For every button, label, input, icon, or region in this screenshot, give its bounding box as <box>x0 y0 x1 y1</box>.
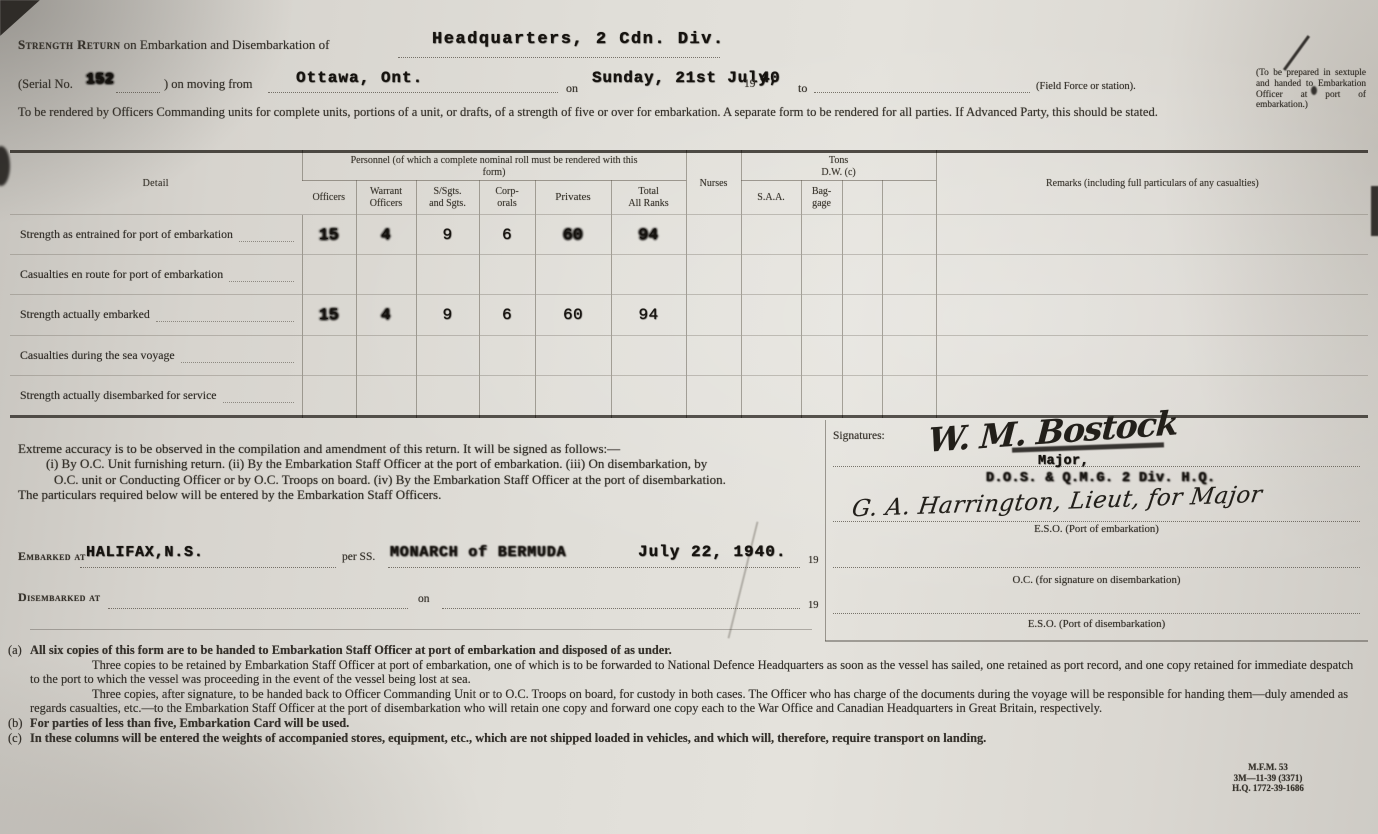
form-number-line-1: M.F.M. 53 <box>1208 762 1328 773</box>
signatures-bottom-rule <box>825 640 1368 642</box>
table-row-strength-embarked: Strength actually embarked 15 4 9 6 60 9… <box>10 295 1368 335</box>
signature-rank-typed: Major, <box>1038 454 1089 469</box>
dotted-leader <box>156 313 294 322</box>
cell-tons-blank-2 <box>882 375 936 416</box>
embarked-at-value: HALIFAX,N.S. <box>86 544 204 561</box>
eso-embarkation-label: E.S.O. (Port of embarkation) <box>833 523 1360 535</box>
cell-saa <box>741 215 801 255</box>
row-label: Strength actually embarked <box>10 307 302 322</box>
col-header-tons-blank-1 <box>842 181 882 215</box>
cell-saa <box>741 335 801 375</box>
note-c-text: In these columns will be entered the wei… <box>30 731 986 746</box>
form-title-smallcaps: Strength Return <box>18 37 120 52</box>
cell-officers: 15 <box>302 215 356 255</box>
cell-tons-blank-1 <box>842 215 882 255</box>
scratch-top-right <box>1283 35 1310 71</box>
cell-total <box>611 375 686 416</box>
col-header-tons-blank-2 <box>882 181 936 215</box>
disembarked-fill-line-1 <box>108 607 408 609</box>
form-number-line-2: 3M—11-39 (3371) <box>1208 773 1328 784</box>
accuracy-line-3: O.C. unit or Conducting Officer or by O.… <box>18 472 823 487</box>
cell-tons-blank-2 <box>882 295 936 335</box>
row-label: Casualties during the sea voyage <box>10 348 302 363</box>
cell-tons-blank-1 <box>842 295 882 335</box>
signature-eso-handwritten: G. A. Harrington, Lieut, for Major <box>850 482 1264 522</box>
row-label: Strength as entrained for port of embark… <box>10 227 302 242</box>
col-header-corporals: Corp- orals <box>479 181 535 215</box>
cell-total <box>611 335 686 375</box>
accuracy-line-2: (i) By O.C. Unit furnishing return. (ii)… <box>18 456 823 471</box>
cell-privates: 60 <box>535 215 611 255</box>
eso-disembarkation-label: E.S.O. (Port of disembarkation) <box>833 618 1360 630</box>
cell-tons-blank-2 <box>882 335 936 375</box>
cell-total: 94 <box>611 215 686 255</box>
cell-privates <box>535 335 611 375</box>
col-header-privates: Privates <box>535 181 611 215</box>
cell-nurses <box>686 295 741 335</box>
dotted-leader <box>181 354 294 363</box>
dotted-leader <box>229 273 293 282</box>
cell-tons-blank-1 <box>842 255 882 295</box>
ink-blot-right-edge <box>1371 186 1378 236</box>
note-b-tag: (b) <box>8 716 30 731</box>
to-label: to <box>798 81 807 96</box>
cell-sgts <box>416 375 479 416</box>
ink-blot-left-edge <box>0 146 10 186</box>
dotted-leader <box>239 233 294 242</box>
cell-total <box>611 255 686 295</box>
cell-nurses <box>686 335 741 375</box>
cell-saa <box>741 255 801 295</box>
disembarked-fill-line-2 <box>442 607 800 609</box>
accuracy-line-1: Extreme accuracy is to be observed in th… <box>18 441 823 456</box>
table-row-casualties-en-route: Casualties en route for port of embarkat… <box>10 255 1368 295</box>
note-a1-text: All six copies of this form are to be ha… <box>30 643 672 658</box>
form-number-line-3: H.Q. 1772-39-1686 <box>1208 783 1328 794</box>
cell-sgts: 9 <box>416 215 479 255</box>
cell-remarks <box>936 255 1368 295</box>
cell-baggage <box>801 255 842 295</box>
cell-corporals <box>479 375 535 416</box>
unit-fill-line <box>398 56 720 58</box>
cell-warrant-officers <box>356 255 416 295</box>
embark-year-printed: 19 <box>808 555 819 566</box>
signatures-left-border <box>825 420 826 641</box>
cell-corporals <box>479 335 535 375</box>
cell-baggage <box>801 335 842 375</box>
note-a2-text: Three copies to be retained by Embarkati… <box>30 658 1364 687</box>
form-title: Strength Return on Embarkation and Disem… <box>18 37 329 53</box>
note-a-tag: (a) <box>8 643 30 658</box>
form-number-block: M.F.M. 53 3M—11-39 (3371) H.Q. 1772-39-1… <box>1208 762 1328 794</box>
cell-saa <box>741 375 801 416</box>
cell-total: 94 <box>611 295 686 335</box>
accuracy-line-4: The particulars required below will be e… <box>18 487 823 502</box>
accuracy-note: Extreme accuracy is to be observed in th… <box>18 441 823 503</box>
render-note: To be rendered by Officers Commanding un… <box>18 105 1163 120</box>
scanned-strength-return-form: Strength Return on Embarkation and Disem… <box>0 0 1378 834</box>
col-header-total-all-ranks: Total All Ranks <box>611 181 686 215</box>
to-fill-line <box>814 91 1030 93</box>
cell-corporals <box>479 255 535 295</box>
strength-table: Detail Personnel (of which a complete no… <box>10 150 1368 418</box>
ink-blot-top-left-corner <box>0 0 40 36</box>
unit-value: Headquarters, 2 Cdn. Div. <box>432 30 725 49</box>
embarked-fill-line-1 <box>80 566 336 568</box>
embarked-at-label: Embarked at <box>18 549 86 564</box>
col-header-saa: S.A.A. <box>741 181 801 215</box>
moving-from-fill-line <box>268 91 558 93</box>
cell-sgts <box>416 335 479 375</box>
col-header-sgts: S/Sgts. and Sgts. <box>416 181 479 215</box>
tons-group-header: Tons D.W. (c) <box>741 152 936 181</box>
signature-line-3 <box>833 566 1360 568</box>
cell-officers <box>302 335 356 375</box>
note-a: (a) All six copies of this form are to b… <box>8 643 1364 658</box>
cell-corporals: 6 <box>479 215 535 255</box>
cell-tons-blank-1 <box>842 375 882 416</box>
signatures-label: Signatures: <box>833 430 885 442</box>
col-header-warrant-officers: Warrant Officers <box>356 181 416 215</box>
table-row-casualties-sea-voyage: Casualties during the sea voyage <box>10 335 1368 375</box>
cell-warrant-officers: 4 <box>356 295 416 335</box>
form-title-rest: on Embarkation and Disembarkation of <box>124 37 330 52</box>
note-c: (c) In these columns will be entered the… <box>8 731 1364 746</box>
col-header-baggage: Bag- gage <box>801 181 842 215</box>
serial-close-label: ) on moving from <box>164 77 253 92</box>
row-label: Casualties en route for port of embarkat… <box>10 267 302 282</box>
signature-line-2 <box>833 520 1360 522</box>
cell-baggage <box>801 295 842 335</box>
nurses-column-header: Nurses <box>686 152 741 215</box>
on-label: on <box>566 81 578 96</box>
year-printed: 19 <box>744 78 756 90</box>
note-a3-text: Three copies, after signature, to be han… <box>30 687 1364 716</box>
per-ss-label: per SS. <box>342 551 375 563</box>
remarks-column-header: Remarks (including full particulars of a… <box>936 152 1368 215</box>
serial-fill-line <box>116 91 160 93</box>
cell-tons-blank-2 <box>882 255 936 295</box>
note-c-tag: (c) <box>8 731 30 746</box>
serial-label: (Serial No. <box>18 77 73 92</box>
footer-notes: (a) All six copies of this form are to b… <box>8 643 1364 745</box>
disembarked-at-label: Disembarked at <box>18 590 100 605</box>
personnel-group-header: Personnel (of which a complete nominal r… <box>302 152 686 181</box>
cell-nurses <box>686 375 741 416</box>
dotted-leader <box>223 394 294 403</box>
cell-remarks <box>936 335 1368 375</box>
prepare-note: (To be prepared in sextuple and handed t… <box>1256 68 1366 111</box>
cell-privates <box>535 375 611 416</box>
col-header-officers: Officers <box>302 181 356 215</box>
cell-warrant-officers <box>356 335 416 375</box>
moving-from-value: Ottawa, Ont. <box>296 69 423 87</box>
cell-sgts: 9 <box>416 295 479 335</box>
cell-tons-blank-1 <box>842 335 882 375</box>
cell-privates: 60 <box>535 295 611 335</box>
note-b-text: For parties of less than five, Embarkati… <box>30 716 349 731</box>
cell-officers <box>302 255 356 295</box>
cell-officers <box>302 375 356 416</box>
ship-value: MONARCH of BERMUDA <box>390 544 566 561</box>
cell-baggage <box>801 215 842 255</box>
signature-line-4 <box>833 612 1360 614</box>
cell-sgts <box>416 255 479 295</box>
cell-remarks <box>936 295 1368 335</box>
cell-remarks <box>936 215 1368 255</box>
detail-column-header: Detail <box>10 152 302 215</box>
cell-corporals: 6 <box>479 295 535 335</box>
cell-warrant-officers: 4 <box>356 215 416 255</box>
cell-officers: 15 <box>302 295 356 335</box>
field-force-label: (Field Force or station). <box>1036 81 1136 92</box>
cell-warrant-officers <box>356 375 416 416</box>
cell-tons-blank-2 <box>882 215 936 255</box>
paper-crease <box>728 522 759 639</box>
signature-line-1 <box>833 465 1360 467</box>
cell-nurses <box>686 215 741 255</box>
cell-saa <box>741 295 801 335</box>
cell-privates <box>535 255 611 295</box>
embarked-fill-line-2 <box>388 566 800 568</box>
disembark-year-printed: 19 <box>808 600 819 611</box>
cell-nurses <box>686 255 741 295</box>
serial-value: 152 <box>86 71 114 88</box>
row-label: Strength actually disembarked for servic… <box>10 388 302 403</box>
oc-disembarkation-label: O.C. (for signature on disembarkation) <box>833 574 1360 586</box>
disembark-on-label: on <box>418 593 430 605</box>
left-block-bottom-rule <box>30 629 812 630</box>
year-value: 40 <box>760 69 780 87</box>
embark-date-value: July 22, 1940. <box>638 543 786 561</box>
note-b: (b) For parties of less than five, Embar… <box>8 716 1364 731</box>
table-row-strength-entrained: Strength as entrained for port of embark… <box>10 215 1368 255</box>
cell-baggage <box>801 375 842 416</box>
